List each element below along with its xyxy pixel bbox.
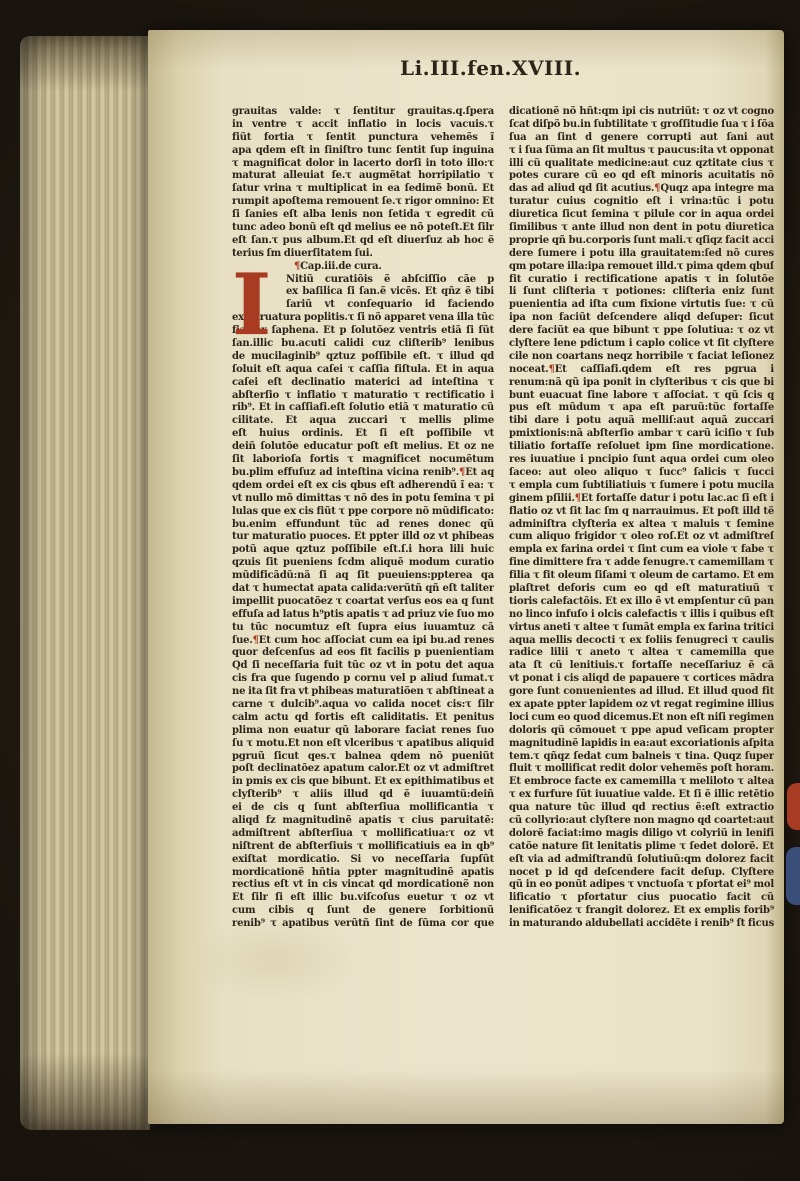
text-line: cis fra que ſugendo p cornu vel p aliud …	[232, 673, 494, 686]
text-line: in ventre τ accit inflatio in locis vacu…	[232, 119, 494, 132]
text-line: admiſtrent abſterſiua τ mollificatiua:τ …	[232, 828, 494, 841]
text-line: ipa non faciũt deſcendere aliqd deſuper:…	[509, 312, 774, 325]
text-line: ſaceo: aut oleo aliquo τ ſucc⁹ ſalicis τ…	[509, 467, 774, 480]
photo-background: Li.III.fen.XVIII. grauitas valde: τ ſent…	[0, 0, 800, 1181]
book-fore-edge-pages	[20, 36, 150, 1130]
pilcrow-rubric-mark: ¶	[459, 467, 465, 478]
text-line: ſatur vrina τ multiplicat in ea ſedimẽ b…	[232, 183, 494, 196]
text-line: grauitas valde: τ ſentitur grauitas.q.ſp…	[232, 106, 494, 119]
text-column-left: grauitas valde: τ ſentitur grauitas.q.ſp…	[232, 106, 494, 931]
text-line: dat τ humectat apata calida:verũtñ qñ eſ…	[232, 583, 494, 596]
pilcrow-rubric-mark: ¶	[253, 635, 259, 646]
text-line: tioris calefactõis. Et ex illo ẽ vt empſ…	[509, 596, 774, 609]
text-line: cum cibis q ſunt de genere ſorbitionũ pu…	[232, 905, 494, 918]
text-line: fine dimittere fra τ adde fenugre.τ came…	[509, 557, 774, 570]
text-line: maturat alleuiat ſe.τ augmẽtat horripila…	[232, 170, 494, 183]
text-line: ne ita ſit fra vt phibeas maturatiõen τ …	[232, 686, 494, 699]
running-header: Li.III.fen.XVIII.	[400, 56, 581, 80]
text-line: Et embroce facte ex camemilla τ meliloto…	[509, 776, 774, 789]
text-line: aqua mellis decocti τ ex foliis fenugrec…	[509, 635, 774, 648]
text-line: das ad aliud qd ſit acutius.¶Quqz apa in…	[509, 183, 774, 196]
text-line: in maturando aldubellati accidẽte i reni…	[509, 918, 774, 931]
text-line: ata ſt cũ lenitiuis.τ fortaſſe neceſſari…	[509, 660, 774, 673]
drop-cap-initial: I	[232, 268, 282, 352]
pilcrow-rubric-mark: ¶	[294, 261, 300, 272]
text-line: poſt declinatõez apatum calor.Et oz vt a…	[232, 763, 494, 776]
text-line: tiliatio fortaſſe reſoluet ipm ſine mord…	[509, 441, 774, 454]
text-line: flatio oz vt ſit lac ſm q narrauimus. Et…	[509, 506, 774, 519]
text-line: li ſunt cliſteria τ potiones: cliſteria …	[509, 286, 774, 299]
text-line: mũdificãdũ:nã ſi aq ſit pueuiens:ppterea…	[232, 570, 494, 583]
text-line: plima non euatur qũ laborare faciat rene…	[232, 725, 494, 738]
text-line: empla ex farina ordei τ ſint cum ea viol…	[509, 544, 774, 557]
text-line: carne τ dulcib⁹.aqua vo calida nocet cis…	[232, 699, 494, 712]
text-line: ſi ſanies eſt alba lenis non ſetida τ eg…	[232, 209, 494, 222]
text-line: clyſtere lene pdictum i caplo colice vt …	[509, 338, 774, 351]
text-line: proprie qñ bu.corporis ſunt mali.τ qſiqz…	[509, 235, 774, 248]
text-line: τ i ſua ſũma an ſit multus τ paucus:ita …	[509, 145, 774, 158]
text-line: bu.enim effundunt tũc ad renes donec qũ …	[232, 519, 494, 532]
text-line: niſtrent de abſterſiuis τ mollificatiuis…	[232, 841, 494, 854]
text-line: Qd ſi neceſſaria fuit tũc oz vt in potu …	[232, 660, 494, 673]
text-line: qua nature tũc illud qd rectius ẽ:eſt ex…	[509, 802, 774, 815]
pilcrow-rubric-mark: ¶	[549, 364, 555, 375]
text-line: τ empla cum ſubtiliatiuis τ ſumere i pot…	[509, 480, 774, 493]
text-line: deiñ ſolutõe educatur poſt eſt melius. E…	[232, 441, 494, 454]
edge-mark-red	[787, 783, 800, 830]
text-line: effuſa ad latus h⁹ptis apatis τ ad priuz…	[232, 609, 494, 622]
text-line: aliqd fz magnitudinẽ apatis τ cius parui…	[232, 815, 494, 828]
pilcrow-rubric-mark: ¶	[575, 493, 581, 504]
text-line: eſt via ad admiſtrandũ ſolutiuũ:qm dolor…	[509, 854, 774, 867]
text-line: tibi dare i potu aquã melliſ:aut aquã zu…	[509, 415, 774, 428]
text-line: ſue.¶Et cum hoc aſſociat cum ea ipi bu.a…	[232, 635, 494, 648]
text-line: pus eſt mũdum τ apa eſt paruũ:tũc fortaſ…	[509, 402, 774, 415]
text-line: radice lilii τ aneto τ altea τ camemilla…	[509, 647, 774, 660]
text-line: tu tũc nocumtuz eſt ſupra eius iuuamtuz …	[232, 622, 494, 635]
text-line: terius ſm diuerſitatem ſui.	[232, 248, 494, 261]
text-line: tem.τ qñqz ſedat cum balneis τ tina. Quq…	[509, 751, 774, 764]
text-line: diuretica ſicut ſemina τ pilule cor in a…	[509, 209, 774, 222]
text-line: dere faciũt ea que bibunt τ ppe ſolutiua…	[509, 325, 774, 338]
text-line: cũ collyrio:aut clyſtere non magno qd co…	[509, 815, 774, 828]
text-line: bunt euacuat ſine labore τ aſſociat. τ q…	[509, 390, 774, 403]
text-line: qm potare illa:ipa remouet illd.τ pima q…	[509, 261, 774, 274]
text-line: pmixtionis:nã abſterſio ambar τ carũ ici…	[509, 428, 774, 441]
text-line: rib⁹. Et in caſſiafi.eſt ſolutio etiã τ …	[232, 402, 494, 415]
text-line: renum:nã qũ ipa ponit in clyſteribus τ c…	[509, 377, 774, 390]
text-line: ſit laborioſa fortis τ magnificet nocumẽ…	[232, 454, 494, 467]
text-line: lulas que ex cis fiũt τ ppe corpore nõ m…	[232, 506, 494, 519]
text-line: illi cũ qualitate medicine:aut cuz qztit…	[509, 158, 774, 171]
text-line: nocet p id qd deſcendere facit deſup. Cl…	[509, 867, 774, 880]
text-line: vt nullo mõ dimittas τ nõ des in potu ſe…	[232, 493, 494, 506]
text-line: fiũt fortia τ ſentit punctura vehemẽs ĩ …	[232, 132, 494, 145]
text-line: qũ in eo ponũt adipes τ vnctuoſa τ pfort…	[509, 879, 774, 892]
text-line: puenientia ad iſta cum fixione virtutis …	[509, 299, 774, 312]
text-line: apa qdem eſt in ſiniſtro tunc ſentit ſup…	[232, 145, 494, 158]
text-line: τ ex furfure ſũt iuuatiue valde. Et ſi ẽ…	[509, 789, 774, 802]
text-line: ſua an ſint d genere corrupti aut ſani a…	[509, 132, 774, 145]
text-line: cilitate. Et aqua zuccari τ mellis plime…	[232, 415, 494, 428]
text-line: cile non coartans neqz horribile τ facia…	[509, 351, 774, 364]
text-line: caſei eſt declinatio materici ad inteſti…	[232, 377, 494, 390]
text-line: ei de cis q ſunt abſterſiua mollificanti…	[232, 802, 494, 815]
text-line: vt ponat i cis aliqd de papauere τ corti…	[509, 673, 774, 686]
text-line: catõe nature ſit lenitatis plime τ ſedet…	[509, 841, 774, 854]
text-line: dicationẽ nõ hñt:qm ipi cis nutriũt: τ o…	[509, 106, 774, 119]
text-line: quor deſcenſus ad eos fit facilis p puen…	[232, 647, 494, 660]
text-line: dolorẽ faciat:imo magis diligo vt colyri…	[509, 828, 774, 841]
text-line: rectius eſt vt in cis vincat qd mordicat…	[232, 879, 494, 892]
text-line: in pmis ex cis que bibunt. Et ex epithim…	[232, 776, 494, 789]
text-line: potes curare cũ eo qd eſt minoris acuita…	[509, 170, 774, 183]
text-line: calm actu qd fortis eſt caliditatis. Et …	[232, 712, 494, 725]
text-line: res iuuatiue i pncipio ſunt aqua ordei c…	[509, 454, 774, 467]
text-line: eſt ſan.τ pus album.Et qd eſt diuerſuz a…	[232, 235, 494, 248]
text-line: ſu τ motu.Et non eſt vlceribus τ apatibu…	[232, 738, 494, 751]
book-page: Li.III.fen.XVIII. grauitas valde: τ ſent…	[148, 30, 784, 1124]
text-line: eſt huius ordinis. Et ſi eſt poſſibile v…	[232, 428, 494, 441]
text-line: ex apate ppter lapidem oz vt regat regim…	[509, 699, 774, 712]
text-line: tur maturatio puoces. Et ppter illd oz v…	[232, 531, 494, 544]
text-line: ſimilibus τ ante illud non dent in potu …	[509, 222, 774, 235]
text-line: lenificatõez τ frangit dolorez. Et ex em…	[509, 905, 774, 918]
text-line: adminiſtra clyſteria ex altea τ maluis τ…	[509, 519, 774, 532]
text-line: qdem ordei eſt ex cis qbus eſt adherendũ…	[232, 480, 494, 493]
text-line: qzuis ſit pueniens ſcdm aliquẽ modum cur…	[232, 557, 494, 570]
text-line: virtus aneti τ altee τ ſumãt empla ex fa…	[509, 622, 774, 635]
text-line: mordicationẽ hñtia ppter magnitudinẽ apa…	[232, 867, 494, 880]
text-line: loci cum eo quod dicemus.Et non eſt niſi…	[509, 712, 774, 725]
text-line: potũ aque qztuz poſſibile eſt.ſ.i hora l…	[232, 544, 494, 557]
text-line: ſoluit eſt aqua caſei τ caſſia fiſtula. …	[232, 364, 494, 377]
text-line: tunc adeo bonũ eſt qd melius ee nõ poteſ…	[232, 222, 494, 235]
text-line: gore ſunt conuenientes ad illud. Et illu…	[509, 686, 774, 699]
edge-mark-blue	[786, 847, 800, 905]
text-line: τ magnificat dolor in lacerto dorſi in t…	[232, 158, 494, 171]
text-line: bu.plim effuſuz ad inteſtina vicina reni…	[232, 467, 494, 480]
text-line: clyſterib⁹ τ aliis illud qd ẽ iuuamtũ:de…	[232, 789, 494, 802]
text-line: exiſtat mordicatio. Si vo neceſſaria ſup…	[232, 854, 494, 867]
text-line: no linco infuſo i olcis calefactis τ ill…	[509, 609, 774, 622]
text-line: dere ſumere i potu illa grauitatem:ſed n…	[509, 248, 774, 261]
text-line: ſcat diſpõ bu.in ſubtilitate τ groſſitud…	[509, 119, 774, 132]
text-line: plaſtret deforis cum eo qd eſt maturatiu…	[509, 583, 774, 596]
text-line: fluit τ mollificat redit dolor vehemẽs p…	[509, 763, 774, 776]
text-line: de mucilaginib⁹ qztuz poſſibile eſt. τ i…	[232, 351, 494, 364]
text-line: lificatio τ pfortatur cius puocatio faci…	[509, 892, 774, 905]
text-line: impellit puocatõez τ coartat verſus eos …	[232, 596, 494, 609]
text-line: magnitudinẽ lapidis in ea:aut excoriatio…	[509, 738, 774, 751]
text-line: noceat.¶Et caſſiafi.qdem eſt res pgrua i…	[509, 364, 774, 377]
pilcrow-rubric-mark: ¶	[654, 183, 660, 194]
text-line: pgruũ ſicut qes.τ balnea qdem nõ pueniũt…	[232, 751, 494, 764]
text-line: filia τ fit oleum ſiſami τ oleum de cart…	[509, 570, 774, 583]
text-line: fit curatio i rectificatione apatis τ in…	[509, 274, 774, 287]
text-line: abſterſio τ inflatio τ maturatio τ recti…	[232, 390, 494, 403]
text-line: renib⁹ τ apatibus verũtñ ſint de ſũma co…	[232, 918, 494, 931]
text-column-right: dicationẽ nõ hñt:qm ipi cis nutriũt: τ o…	[509, 106, 774, 931]
text-line: Et ſilr ſi eſt illic bu.viſcoſus euetur …	[232, 892, 494, 905]
text-line: cum aliquo frigidor τ oleo roſ.Et oz vt …	[509, 531, 774, 544]
text-line: rumpit apoſtema remouent ſe.τ rigor omni…	[232, 196, 494, 209]
text-line: ginem pſilii.¶Et fortaſſe datur i potu l…	[509, 493, 774, 506]
text-line: turatur cuius cognitio eſt i vrina:tũc i…	[509, 196, 774, 209]
text-line: doloris qũ cõmouet τ ppe apud veſicam pr…	[509, 725, 774, 738]
